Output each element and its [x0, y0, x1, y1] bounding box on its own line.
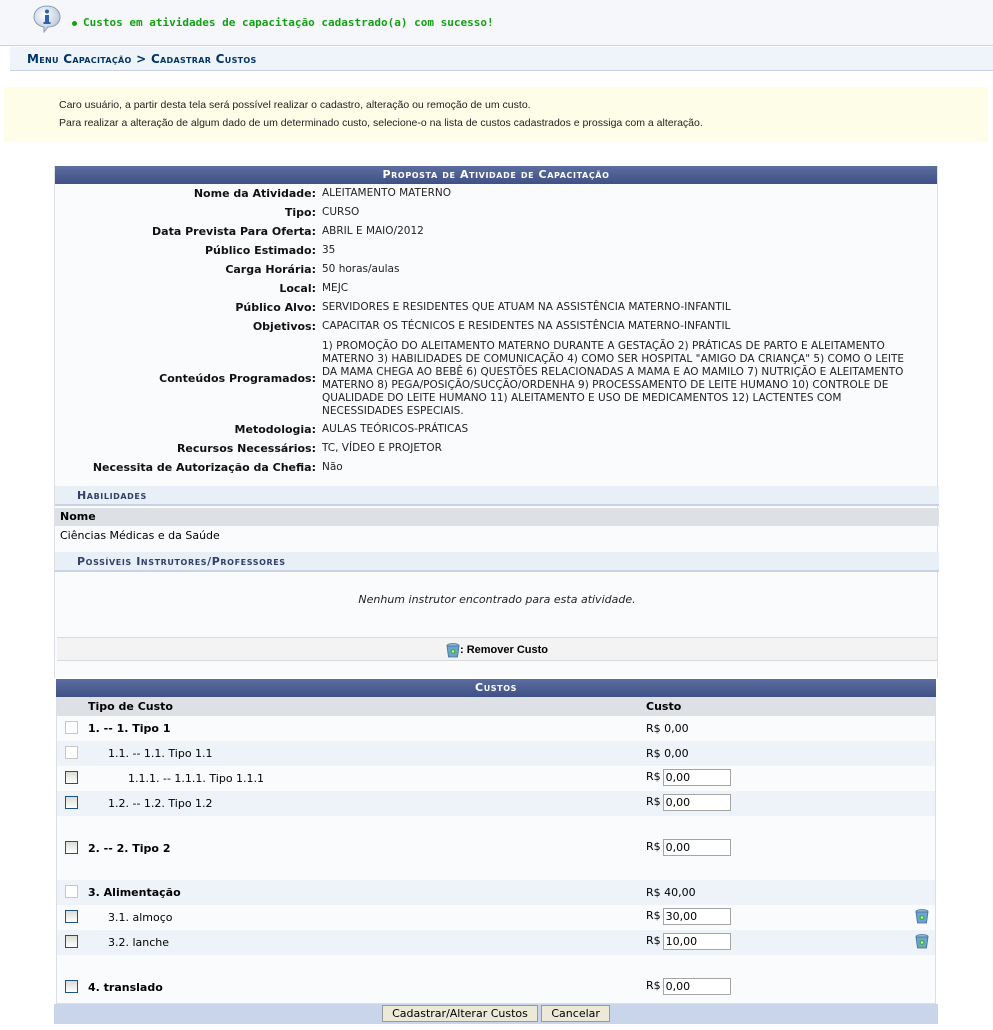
field-label: Conteúdos Programados: [159, 372, 316, 385]
field-row: Público Estimado:35 [55, 241, 937, 260]
field-label: Tipo: [285, 206, 316, 219]
field-row: Local:MEJC [55, 279, 937, 298]
proposal-details: Nome da Atividade:ALEITAMENTO MATERNO Ti… [55, 184, 937, 477]
field-label: Local: [279, 282, 316, 295]
proposal-title: Proposta de Atividade de Capacitação [55, 166, 937, 184]
help-box: Caro usuário, a partir desta tela será p… [4, 87, 988, 142]
cost-value: R$ 0,00 [646, 722, 689, 735]
costs-header-row: Tipo de Custo Custo [57, 697, 935, 716]
field-value: 50 horas/aulas [322, 263, 399, 275]
cost-row: 4. transladoR$ [57, 955, 935, 999]
cost-checkbox[interactable] [65, 841, 78, 854]
info-icon [32, 4, 62, 34]
field-value: TC, VÍDEO E PROJETOR [322, 442, 442, 454]
cost-checkbox[interactable] [65, 796, 78, 809]
bullet-icon [72, 21, 77, 26]
field-value: Não [322, 461, 343, 473]
cost-type-name: 3.1. almoço [108, 911, 173, 924]
field-label: Carga Horária: [225, 263, 316, 276]
field-row: Data Prevista Para Oferta:ABRIL E MAIO/2… [55, 222, 937, 241]
cost-value-input[interactable] [663, 769, 731, 786]
field-row: Conteúdos Programados:1) PROMOÇÃO DO ALE… [55, 336, 937, 420]
field-label: Público Alvo: [235, 301, 316, 314]
costs-title: Custos [56, 679, 936, 697]
cost-type-name: 3.2. lanche [108, 936, 169, 949]
field-row: Público Alvo:SERVIDORES E RESIDENTES QUE… [55, 298, 937, 317]
currency-label: R$ [646, 979, 661, 992]
cost-input-wrap: R$ [646, 794, 731, 811]
cost-row: 1.1. -- 1.1. Tipo 1.1R$ 0,00 [57, 741, 935, 766]
field-value: CAPACITAR OS TÉCNICOS E RESIDENTES NA AS… [322, 320, 730, 332]
trash-icon [446, 643, 460, 658]
cost-type-name: 1.1. -- 1.1. Tipo 1.1 [108, 747, 213, 760]
field-label: Nome da Atividade: [194, 187, 316, 200]
field-row: Nome da Atividade:ALEITAMENTO MATERNO [55, 184, 937, 203]
field-label: Recursos Necessários: [177, 442, 316, 455]
cost-value-input[interactable] [663, 978, 731, 995]
field-row: Metodologia:AULAS TEÓRICOS-PRÁTICAS [55, 420, 937, 439]
cost-checkbox [65, 746, 78, 759]
cost-value: R$ 0,00 [646, 747, 689, 760]
help-line-2: Para realizar a alteração de algum dado … [59, 117, 703, 129]
field-row: Tipo:CURSO [55, 203, 937, 222]
currency-label: R$ [646, 795, 661, 808]
breadcrumb-bar: Menu Capacitação > Cadastrar Custos [10, 47, 993, 71]
cost-checkbox [65, 721, 78, 734]
success-message-text: Custos em atividades de capacitação cada… [83, 16, 494, 29]
currency-label: R$ [646, 909, 661, 922]
field-row: Objetivos:CAPACITAR OS TÉCNICOS E RESIDE… [55, 317, 937, 336]
cost-type-name: 3. Alimentação [88, 886, 181, 899]
instructors-empty-message: Nenhum instrutor encontrado para esta at… [55, 593, 939, 606]
field-row: Necessita de Autorização da Chefia:Não [55, 458, 937, 477]
field-label: Objetivos: [253, 320, 316, 333]
remove-cost-icon[interactable] [915, 934, 929, 949]
cost-type-name: 4. translado [88, 981, 163, 994]
cost-type-name: 1.2. -- 1.2. Tipo 1.2 [108, 797, 213, 810]
field-value: CURSO [322, 206, 359, 218]
cost-value: R$ 40,00 [646, 886, 696, 899]
cost-input-wrap: R$ [646, 839, 731, 856]
cost-row: 2. -- 2. Tipo 2R$ [57, 816, 935, 880]
instructors-heading: Possíveis Instrutores/Professores [55, 552, 939, 572]
legend-text: : Remover Custo [460, 644, 548, 656]
submit-costs-button[interactable]: Cadastrar/Alterar Custos [382, 1005, 538, 1022]
cost-input-wrap: R$ [646, 908, 731, 925]
breadcrumb: Menu Capacitação > Cadastrar Custos [27, 52, 257, 66]
cost-row: 1. -- 1. Tipo 1R$ 0,00 [57, 716, 935, 741]
cost-type-name: 2. -- 2. Tipo 2 [88, 842, 170, 855]
cost-checkbox[interactable] [65, 771, 78, 784]
success-message: Custos em atividades de capacitação cada… [72, 16, 494, 29]
field-value: 1) PROMOÇÃO DO ALEITAMENTO MATERNO DURAN… [322, 340, 922, 418]
currency-label: R$ [646, 770, 661, 783]
currency-label: R$ [646, 934, 661, 947]
cost-checkbox [65, 885, 78, 898]
cost-input-wrap: R$ [646, 933, 731, 950]
skills-column-header: Nome [55, 508, 939, 526]
cost-type-name: 1.1.1. -- 1.1.1. Tipo 1.1.1 [128, 772, 264, 785]
remove-cost-icon[interactable] [915, 909, 929, 924]
cost-input-wrap: R$ [646, 978, 731, 995]
field-value: 35 [322, 244, 335, 256]
field-value: SERVIDORES E RESIDENTES QUE ATUAM NA ASS… [322, 301, 731, 313]
field-value: MEJC [322, 282, 348, 294]
field-value: AULAS TEÓRICOS-PRÁTICAS [322, 423, 468, 435]
cost-row: 1.2. -- 1.2. Tipo 1.2R$ [57, 791, 935, 816]
field-label: Data Prevista Para Oferta: [152, 225, 316, 238]
form-footer: Cadastrar/Alterar Custos Cancelar [54, 1004, 938, 1024]
cost-value-input[interactable] [663, 908, 731, 925]
currency-label: R$ [646, 840, 661, 853]
cost-checkbox[interactable] [65, 935, 78, 948]
cost-checkbox[interactable] [65, 910, 78, 923]
col-cost-type: Tipo de Custo [88, 700, 173, 713]
field-value: ALEITAMENTO MATERNO [322, 187, 451, 199]
field-value: ABRIL E MAIO/2012 [322, 225, 424, 237]
field-row: Carga Horária:50 horas/aulas [55, 260, 937, 279]
cost-value-input[interactable] [663, 933, 731, 950]
legend-bar: : Remover Custo [57, 637, 937, 661]
cost-type-name: 1. -- 1. Tipo 1 [88, 722, 170, 735]
costs-table: Custos Tipo de Custo Custo 1. -- 1. Tipo… [56, 679, 936, 1004]
cancel-button[interactable]: Cancelar [541, 1005, 610, 1022]
skills-row: Ciências Médicas e da Saúde [55, 526, 939, 546]
help-line-1: Caro usuário, a partir desta tela será p… [59, 99, 531, 111]
proposal-panel: Proposta de Atividade de Capacitação Nom… [54, 166, 938, 678]
skills-heading: Habilidades [55, 486, 939, 506]
success-message-bar: Custos em atividades de capacitação cada… [0, 0, 993, 46]
cost-row: 3.1. almoçoR$ [57, 905, 935, 930]
cost-value-input[interactable] [663, 839, 731, 856]
field-label: Metodologia: [235, 423, 316, 436]
cost-input-wrap: R$ [646, 769, 731, 786]
field-label: Necessita de Autorização da Chefia: [93, 461, 316, 474]
cost-row: 3. AlimentaçãoR$ 40,00 [57, 880, 935, 905]
field-label: Público Estimado: [205, 244, 316, 257]
cost-value-input[interactable] [663, 794, 731, 811]
field-row: Recursos Necessários:TC, VÍDEO E PROJETO… [55, 439, 937, 458]
cost-row: 1.1.1. -- 1.1.1. Tipo 1.1.1R$ [57, 766, 935, 791]
col-cost: Custo [646, 700, 681, 713]
cost-checkbox[interactable] [65, 980, 78, 993]
cost-row: 3.2. lancheR$ [57, 930, 935, 955]
